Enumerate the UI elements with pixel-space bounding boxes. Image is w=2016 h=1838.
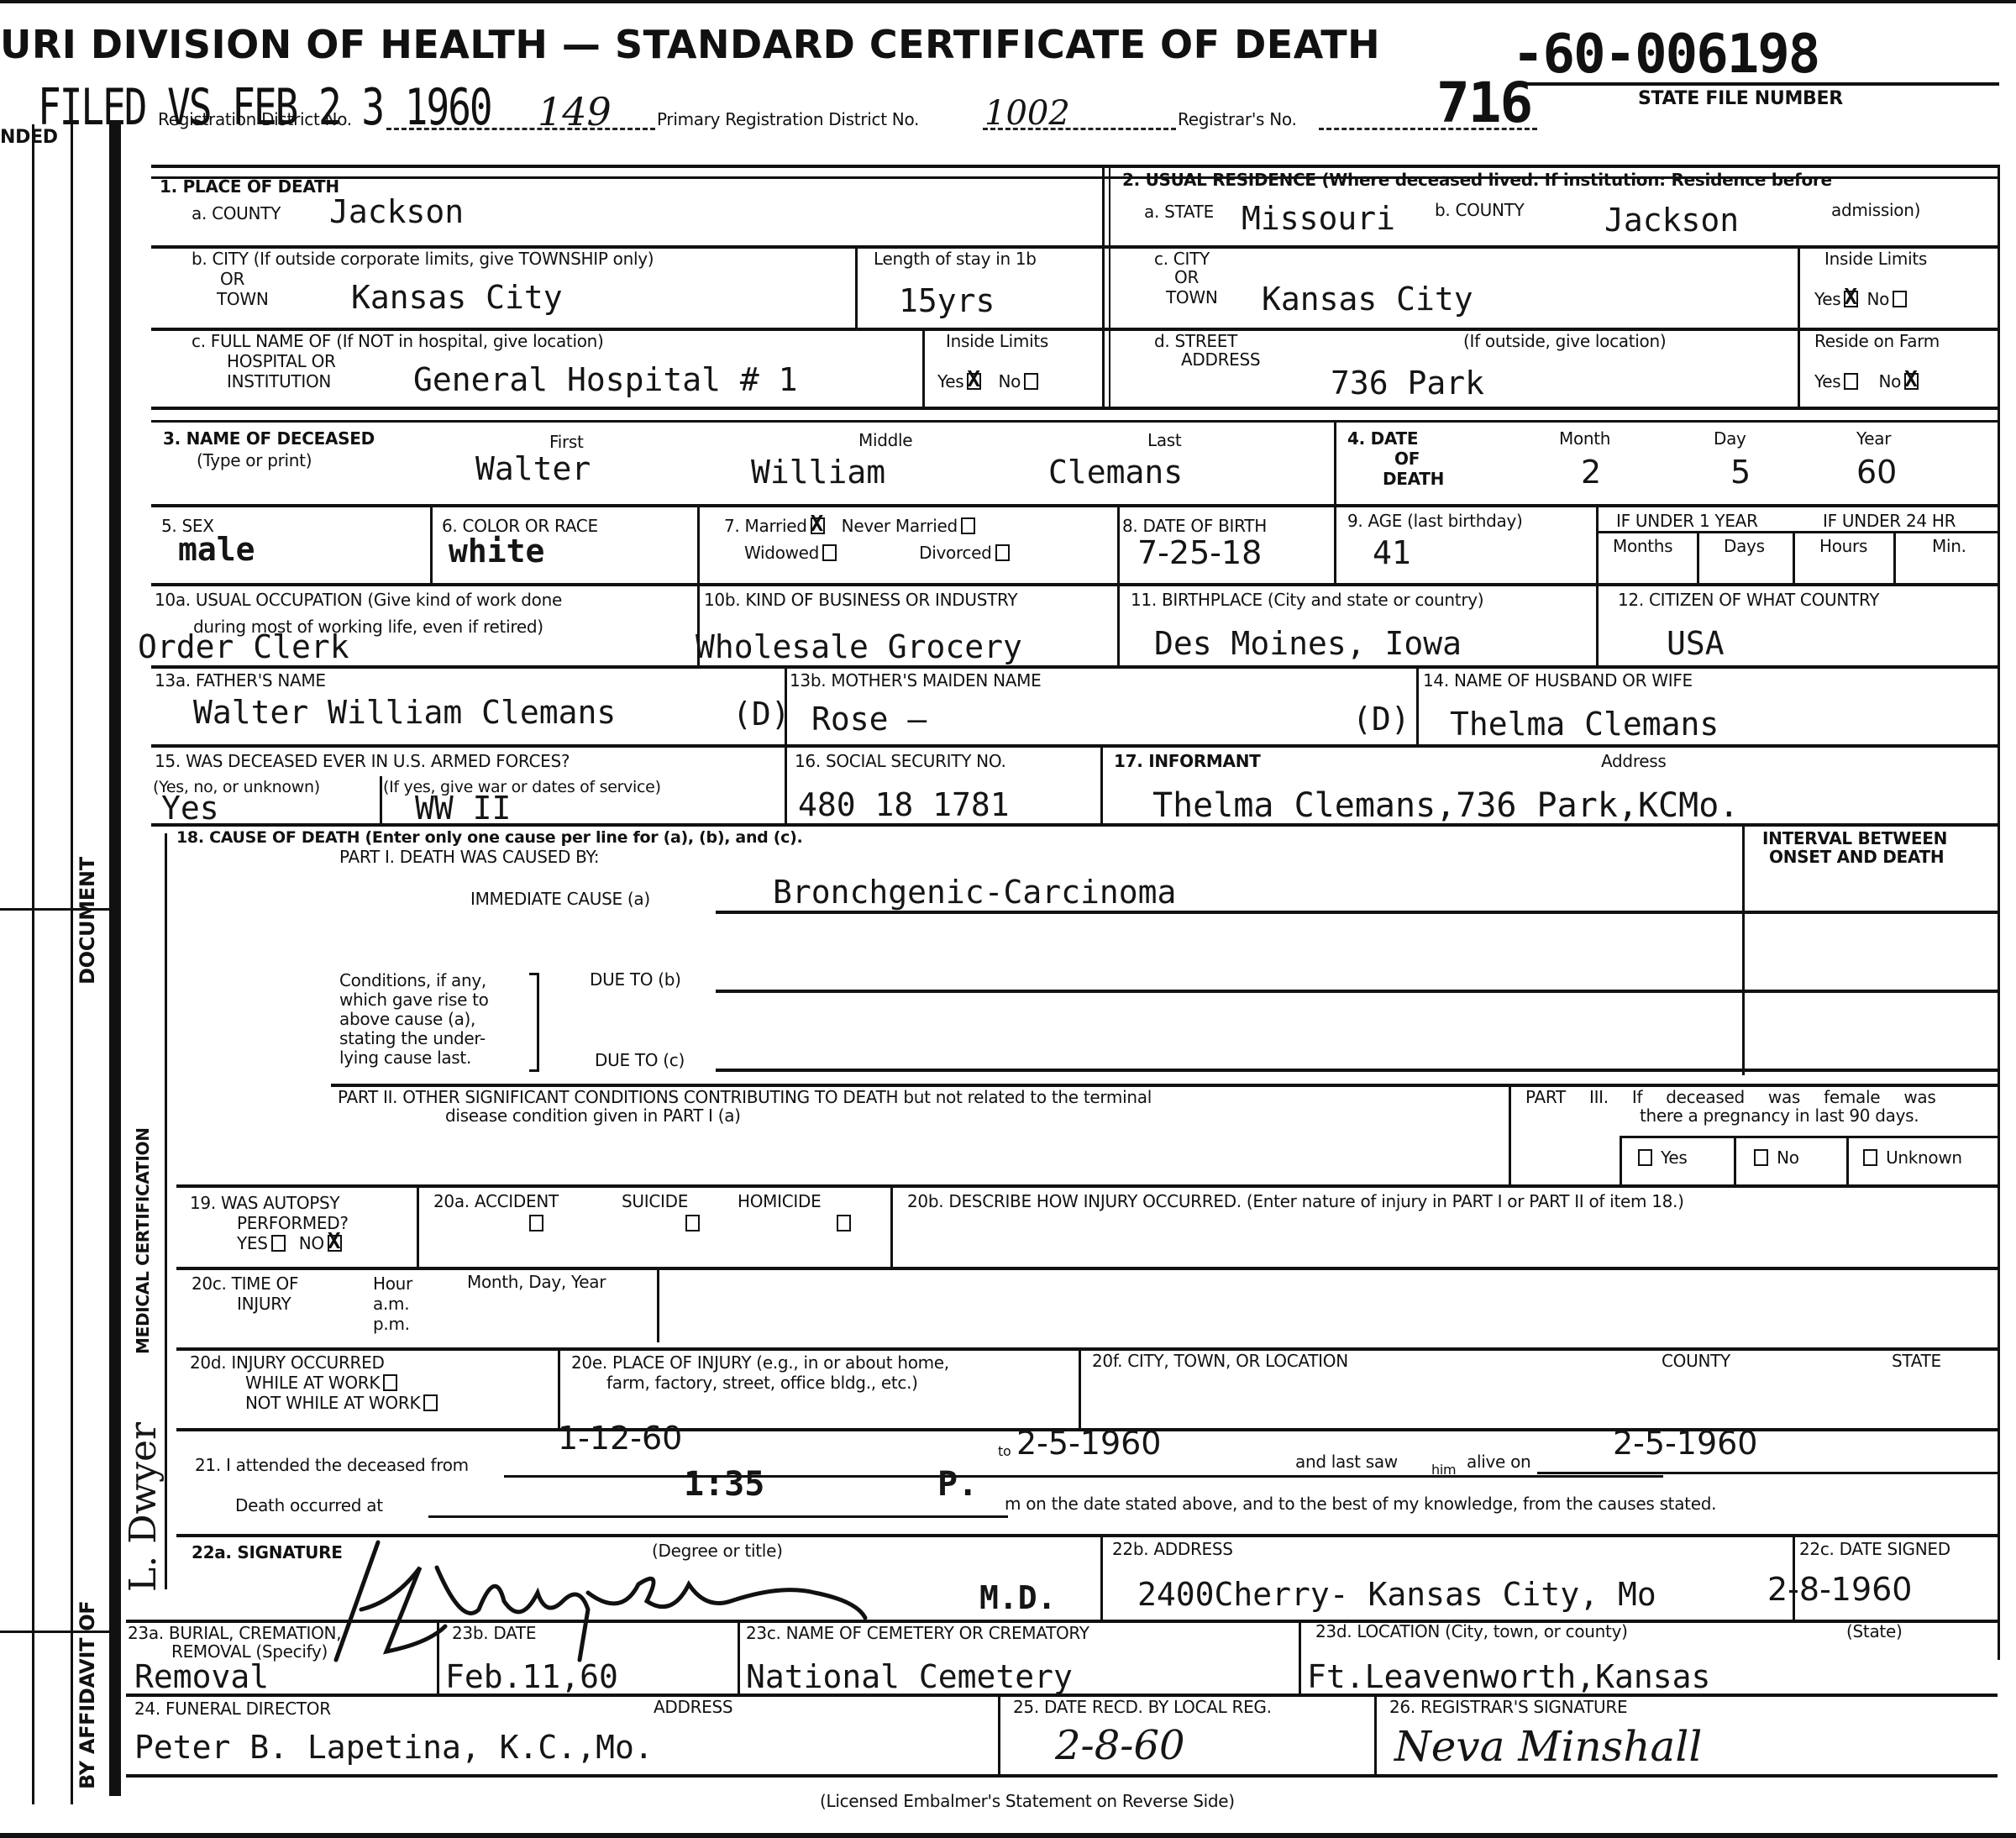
middle-name-label: Middle <box>858 432 912 449</box>
time-of-injury-label: 20c. TIME OF <box>192 1275 298 1293</box>
hospital-label-3: INSTITUTION <box>227 373 331 391</box>
hospital-label-2: HOSPITAL OR <box>227 353 336 370</box>
street-value[interactable]: 736 Park <box>1331 365 1484 402</box>
under-24-hr-label: IF UNDER 24 HR <box>1823 512 1956 530</box>
race-value[interactable]: white <box>449 533 544 570</box>
street-label-2: ADDRESS <box>1181 351 1260 369</box>
injury-state-label: STATE <box>1892 1352 1941 1370</box>
autopsy-label: 19. WAS AUTOPSY <box>190 1195 339 1212</box>
cell-divider <box>1117 583 1120 667</box>
cell-divider <box>1596 504 1599 585</box>
autopsy-options: YES NO <box>237 1235 345 1252</box>
cell-divider <box>1793 531 1795 585</box>
divorced-checkbox[interactable] <box>995 544 1010 561</box>
marital-row-2: Widowed Divorced <box>744 544 1013 562</box>
cause-of-death-label: 18. CAUSE OF DEATH (Enter only one cause… <box>176 830 802 847</box>
dob-label: 8. DATE OF BIRTH <box>1122 517 1267 535</box>
form-top-line <box>151 165 1999 168</box>
left-binding-bar <box>109 124 121 1796</box>
length-of-stay-value[interactable]: 15yrs <box>899 282 995 319</box>
primary-registration-district-value: 1002 <box>984 94 1070 133</box>
state-file-number: -60-006198 <box>1512 24 1819 86</box>
date-signed-value[interactable]: 2-8-1960 <box>1767 1571 1912 1608</box>
margin-line-1 <box>32 124 34 1804</box>
primary-registration-district-label: Primary Registration District No. <box>657 111 919 129</box>
death-ampm-value[interactable]: P. <box>937 1465 978 1504</box>
death-inside-limits-label: Inside Limits <box>946 333 1048 350</box>
degree-value[interactable]: M.D. <box>979 1579 1057 1616</box>
under-1-year-label: IF UNDER 1 YEAR <box>1616 512 1758 530</box>
never-married-label: Never Married <box>842 516 958 536</box>
physician-address-label: 22b. ADDRESS <box>1112 1541 1233 1558</box>
not-while-at-work-label: NOT WHILE AT WORK <box>245 1393 420 1413</box>
industry-label: 10b. KIND OF BUSINESS OR INDUSTRY <box>704 591 1017 609</box>
hospital-label: c. FULL NAME OF (If NOT in hospital, giv… <box>192 333 604 350</box>
medical-certification-margin-label: MEDICAL CERTIFICATION <box>134 1127 152 1354</box>
state-file-underline <box>1512 82 1999 86</box>
residence-state-label: a. STATE <box>1144 203 1214 221</box>
cell-divider <box>380 776 382 823</box>
date-of-death-label-3: DEATH <box>1383 470 1444 488</box>
sub-header-line <box>1596 531 1998 533</box>
death-statement: m on the date stated above, and to the b… <box>1005 1495 1716 1513</box>
autopsy-yes-label: YES <box>237 1233 268 1253</box>
no-label: No <box>998 371 1021 391</box>
mother-name-value[interactable]: Rose – <box>811 701 927 738</box>
occupation-value[interactable]: Order Clerk <box>138 628 349 665</box>
row-line <box>151 744 1998 748</box>
death-city-label: b. CITY (If outside corporate limits, gi… <box>192 250 654 268</box>
row-line <box>151 407 1998 410</box>
attended-line <box>504 1475 1663 1478</box>
part1-label: PART I. DEATH WAS CAUSED BY: <box>339 848 599 866</box>
immediate-cause-value[interactable]: Bronchgenic-Carcinoma <box>773 874 1176 911</box>
due-to-c-input-line[interactable] <box>716 1069 1998 1072</box>
months-label: Months <box>1613 538 1672 555</box>
age-label: 9. AGE (last birthday) <box>1347 512 1522 530</box>
divorced-label: Divorced <box>919 543 991 563</box>
death-city-town-label: TOWN <box>217 291 269 308</box>
cell-divider <box>1596 583 1599 667</box>
interval-column-divider <box>1742 823 1745 1075</box>
married-checkbox[interactable] <box>811 517 825 534</box>
reside-on-farm-yes-checkbox[interactable] <box>1844 373 1858 390</box>
min-label: Min. <box>1932 538 1966 555</box>
cell-divider <box>1374 1694 1377 1776</box>
conditions-note-line: Conditions, if any, <box>339 971 489 990</box>
interval-label-2: ONSET AND DEATH <box>1769 848 1944 866</box>
cell-divider <box>738 1620 740 1695</box>
informant-label: 17. INFORMANT <box>1114 753 1261 770</box>
state-file-number-label: STATE FILE NUMBER <box>1638 89 1843 108</box>
registrar-signature-value[interactable]: Neva Minshall <box>1394 1722 1702 1771</box>
father-deceased-mark: (D) <box>732 696 790 733</box>
year-label: Year <box>1856 430 1891 448</box>
death-county-label: a. COUNTY <box>192 205 281 223</box>
name-of-deceased-label: 3. NAME OF DECEASED <box>163 430 375 448</box>
registration-district-label: Registration District No. <box>158 111 352 129</box>
death-year-value[interactable]: 60 <box>1856 454 1897 491</box>
cell-divider <box>657 1267 659 1342</box>
funeral-director-label: 24. FUNERAL DIRECTOR <box>134 1700 331 1718</box>
yes-label: Yes <box>1814 289 1840 309</box>
cell-divider <box>1620 1136 1622 1184</box>
ssn-label: 16. SOCIAL SECURITY NO. <box>795 753 1006 770</box>
date-recd-value[interactable]: 2-8-60 <box>1055 1722 1185 1769</box>
document-margin-label: DOCUMENT <box>77 857 98 985</box>
cemetery-value[interactable]: National Cemetery <box>746 1658 1073 1695</box>
father-name-label: 13a. FATHER'S NAME <box>155 672 326 690</box>
informant-value[interactable]: Thelma Clemans,736 Park,KCMo. <box>1152 786 1739 825</box>
death-city-or-label: OR <box>220 270 244 288</box>
pregnancy-yes-checkbox[interactable] <box>1638 1149 1652 1166</box>
cell-divider <box>1100 744 1103 825</box>
conditions-note-line: which gave rise to <box>339 990 489 1010</box>
part2-label-2: disease condition given in PART I (a) <box>445 1107 741 1125</box>
disposition-date-value[interactable]: Feb.11,60 <box>445 1658 618 1695</box>
usual-residence-label: 2. USUAL RESIDENCE (Where deceased lived… <box>1122 171 1832 189</box>
part3-label-2: there a pregnancy in last 90 days. <box>1640 1107 1919 1125</box>
not-while-at-work-checkbox[interactable] <box>423 1394 438 1411</box>
father-name-value[interactable]: Walter William Clemans <box>193 694 616 731</box>
am-label: a.m. <box>373 1295 409 1313</box>
pregnancy-no-option: No <box>1751 1149 1799 1167</box>
residence-inside-limits-label: Inside Limits <box>1824 250 1927 268</box>
attended-label: 21. I attended the deceased from <box>195 1457 469 1474</box>
footer-note: (Licensed Embalmer's Statement on Revers… <box>820 1793 1235 1810</box>
conditions-note-line: above cause (a), <box>339 1010 489 1029</box>
death-inside-limits-no-checkbox[interactable] <box>1024 373 1038 390</box>
residence-inside-limits-options: Yes No <box>1814 291 1910 308</box>
part2-label: PART II. OTHER SIGNIFICANT CONDITIONS CO… <box>338 1089 1152 1106</box>
residence-county-value[interactable]: Jackson <box>1604 202 1739 239</box>
cell-divider <box>1893 531 1896 585</box>
unknown-label: Unknown <box>1886 1147 1962 1168</box>
by-affidavit-margin-label: BY AFFIDAVIT OF <box>77 1601 98 1789</box>
days-label: Days <box>1724 538 1765 555</box>
alive-on-line <box>1537 1472 1998 1474</box>
row-line <box>151 665 1998 669</box>
part3-label: PART III. If deceased was female was <box>1525 1089 1935 1106</box>
while-at-work-option: WHILE AT WORK <box>245 1374 401 1392</box>
hospital-value[interactable]: General Hospital # 1 <box>413 361 798 398</box>
cell-divider <box>785 744 787 825</box>
residence-city-or-label: OR <box>1174 269 1199 286</box>
funeral-director-value[interactable]: Peter B. Lapetina, K.C.,Mo. <box>134 1729 654 1766</box>
cell-divider <box>1416 665 1419 746</box>
cell-divider <box>1846 1136 1849 1184</box>
cell-divider <box>1334 504 1336 585</box>
hour-label: Hour <box>373 1275 412 1293</box>
no-label: No <box>1866 289 1889 309</box>
birthplace-label: 11. BIRTHPLACE (City and state or countr… <box>1131 591 1483 609</box>
industry-value[interactable]: Wholesale Grocery <box>696 628 1022 665</box>
yes-label: Yes <box>1814 371 1840 391</box>
residence-state-value[interactable]: Missouri <box>1242 200 1395 237</box>
last-saw-pronoun: him <box>1431 1463 1456 1478</box>
row-line <box>176 1267 1998 1270</box>
marital-label: 7. <box>724 516 739 536</box>
registrars-no-value: 716 <box>1436 71 1531 135</box>
never-married-checkbox[interactable] <box>961 517 975 534</box>
death-time-value[interactable]: 1:35 <box>684 1465 764 1504</box>
death-month-value[interactable]: 2 <box>1581 454 1601 491</box>
cell-divider <box>697 504 700 585</box>
amended-label-fragment: NDED <box>0 128 58 147</box>
while-at-work-checkbox[interactable] <box>383 1374 397 1391</box>
residence-city-value[interactable]: Kansas City <box>1262 281 1473 318</box>
physician-signature <box>311 1534 916 1668</box>
month-label: Month <box>1559 430 1610 448</box>
homicide-label: HOMICIDE <box>738 1193 821 1210</box>
citizen-value[interactable]: USA <box>1667 625 1725 662</box>
autopsy-no-label: NO <box>299 1233 324 1253</box>
sex-value[interactable]: male <box>178 531 255 568</box>
interval-label: INTERVAL BETWEEN <box>1762 830 1947 848</box>
alive-on-label: alive on <box>1467 1453 1530 1471</box>
place-of-death-label: 1. PLACE OF DEATH <box>160 178 339 196</box>
form-right-border <box>1998 165 2000 1660</box>
cell-divider <box>1100 1534 1103 1621</box>
day-label: Day <box>1714 430 1746 448</box>
residence-city-label: c. CITY <box>1154 250 1210 268</box>
death-city-value[interactable]: Kansas City <box>351 279 563 316</box>
spouse-name-value[interactable]: Thelma Clemans <box>1450 706 1719 743</box>
attended-from-value[interactable]: 1-12-60 <box>558 1420 682 1457</box>
age-value[interactable]: 41 <box>1373 534 1411 571</box>
suicide-label: SUICIDE <box>622 1193 688 1210</box>
cell-divider <box>437 1620 439 1695</box>
married-label: Married <box>745 516 807 536</box>
residence-city-town-label: TOWN <box>1166 289 1218 307</box>
row-line <box>151 823 1998 827</box>
cemetery-label: 23c. NAME OF CEMETERY OR CREMATORY <box>746 1625 1089 1642</box>
medical-cert-bracket <box>165 833 167 1589</box>
describe-injury-label: 20b. DESCRIBE HOW INJURY OCCURRED. (Ente… <box>907 1193 1684 1210</box>
death-inside-limits-yes-checkbox[interactable] <box>967 373 981 390</box>
residence-inside-limits-yes-checkbox[interactable] <box>1844 291 1858 307</box>
funeral-address-label: ADDRESS <box>654 1699 732 1716</box>
mother-deceased-mark: (D) <box>1352 701 1410 738</box>
occupation-label: 10a. USUAL OCCUPATION (Give kind of work… <box>155 591 562 609</box>
death-day-value[interactable]: 5 <box>1730 454 1751 491</box>
residence-inside-limits-no-checkbox[interactable] <box>1893 291 1907 307</box>
immediate-cause-line <box>716 911 1998 914</box>
cell-divider <box>890 1184 893 1268</box>
death-occurred-line <box>428 1515 1008 1518</box>
street-hint-label: (If outside, give location) <box>1270 333 1666 350</box>
affidavit-name: L. Dwyer <box>122 1422 165 1592</box>
cell-divider <box>1299 1620 1301 1695</box>
row-line <box>176 1184 1998 1188</box>
registration-district-line <box>386 128 655 130</box>
last-name-label: Last <box>1147 432 1181 449</box>
disposition-date-label: 23b. DATE <box>452 1625 536 1642</box>
widowed-label: Widowed <box>744 543 819 563</box>
location-label: 23d. LOCATION (City, town, or county) <box>1315 1623 1628 1641</box>
residence-county-label: b. COUNTY <box>1435 202 1524 219</box>
accident-label: 20a. ACCIDENT <box>433 1193 559 1210</box>
date-of-death-label: 4. DATE <box>1347 430 1418 448</box>
cell-divider <box>1117 504 1120 585</box>
attended-to-value[interactable]: 2-5-1960 <box>1016 1425 1161 1462</box>
yes-label: Yes <box>937 371 963 391</box>
autopsy-no-checkbox[interactable] <box>328 1235 342 1252</box>
cell-divider <box>1798 245 1800 408</box>
street-label: d. STREET <box>1154 333 1237 350</box>
name-sublabel: (Type or print) <box>197 452 312 470</box>
informant-address-label: Address <box>1601 753 1667 770</box>
last-saw-date-value[interactable]: 2-5-1960 <box>1613 1425 1757 1462</box>
citizen-label: 12. CITIZEN OF WHAT COUNTRY <box>1618 591 1879 609</box>
reside-on-farm-no-checkbox[interactable] <box>1904 373 1919 390</box>
margin-line-2 <box>71 124 73 1804</box>
cell-divider <box>1079 1347 1081 1431</box>
cell-divider <box>417 1184 419 1268</box>
month-day-year-label: Month, Day, Year <box>467 1273 606 1291</box>
conditions-note-line: stating the under- <box>339 1029 489 1048</box>
cell-divider <box>1697 531 1699 585</box>
injury-county-label: COUNTY <box>1662 1352 1730 1370</box>
conditions-note-line: lying cause last. <box>339 1048 489 1068</box>
sec1-sec2-divider-2 <box>1109 165 1110 408</box>
cell-divider <box>855 245 858 329</box>
reside-on-farm-options: Yes No <box>1814 373 1922 391</box>
ssn-value[interactable]: 480 18 1781 <box>798 786 1010 823</box>
conditions-note: Conditions, if any, which gave rise to a… <box>339 971 489 1068</box>
part3-divider <box>1509 1084 1511 1184</box>
date-of-death-label-2: OF <box>1394 450 1420 468</box>
widowed-checkbox[interactable] <box>822 544 837 561</box>
no-label: No <box>1777 1147 1799 1168</box>
pregnancy-unknown-checkbox[interactable] <box>1863 1149 1877 1166</box>
armed-forces-label: 15. WAS DECEASED EVER IN U.S. ARMED FORC… <box>155 753 570 770</box>
first-name-label: First <box>549 433 584 451</box>
pregnancy-box-top <box>1620 1136 1998 1138</box>
last-saw-label: and last saw <box>1295 1453 1398 1471</box>
row-line <box>151 420 1998 423</box>
place-of-injury-label-2: farm, factory, street, office bldg., etc… <box>606 1374 918 1392</box>
death-inside-limits-options: Yes No <box>937 373 1042 391</box>
marital-row-1: 7. Married Never Married <box>724 517 979 535</box>
burial-label: 23a. BURIAL, CREMATION, <box>128 1625 341 1642</box>
top-border <box>0 0 2016 3</box>
pm-label: p.m. <box>373 1315 410 1333</box>
mother-name-label: 13b. MOTHER'S MAIDEN NAME <box>790 672 1041 690</box>
due-to-b-label: DUE TO (b) <box>590 971 681 989</box>
middle-name-value[interactable]: William <box>751 454 885 491</box>
spouse-name-label: 14. NAME OF HUSBAND OR WIFE <box>1423 672 1693 690</box>
injury-at-work-label: 20d. INJURY OCCURRED <box>190 1354 385 1372</box>
last-name-value[interactable]: Clemans <box>1048 454 1183 491</box>
burial-value[interactable]: Removal <box>134 1658 269 1695</box>
accident-checkbox[interactable] <box>529 1215 543 1231</box>
due-to-b-input-line[interactable] <box>716 990 1998 993</box>
suicide-checkbox[interactable] <box>685 1215 700 1231</box>
injury-city-label: 20f. CITY, TOWN, OR LOCATION <box>1092 1352 1348 1370</box>
length-of-stay-label: Length of stay in 1b <box>874 250 1037 268</box>
immediate-cause-label: IMMEDIATE CAUSE (a) <box>254 890 650 908</box>
row-line <box>126 1774 1998 1778</box>
location-value[interactable]: Ft.Leavenworth,Kansas <box>1307 1658 1710 1695</box>
death-county-value[interactable]: Jackson <box>329 193 464 230</box>
certificate-title: URI DIVISION OF HEALTH — STANDARD CERTIF… <box>0 22 1380 67</box>
physician-address-value[interactable]: 2400Cherry- Kansas City, Mo <box>1137 1576 1656 1613</box>
cell-divider <box>785 665 787 746</box>
pregnancy-unknown-option: Unknown <box>1860 1149 1962 1167</box>
yes-label: Yes <box>1661 1147 1687 1168</box>
cell-divider <box>998 1694 1000 1776</box>
not-while-at-work-option: NOT WHILE AT WORK <box>245 1394 441 1412</box>
cell-divider <box>1334 420 1336 504</box>
hours-label: Hours <box>1819 538 1867 555</box>
registrars-no-label: Registrar's No. <box>1178 111 1297 129</box>
birthplace-value[interactable]: Des Moines, Iowa <box>1154 625 1462 662</box>
armed-forces-value[interactable]: Yes <box>161 790 219 827</box>
autopsy-yes-checkbox[interactable] <box>271 1235 286 1252</box>
dob-value[interactable]: 7-25-18 <box>1137 534 1262 571</box>
conditions-bracket <box>529 973 539 1072</box>
cell-divider <box>922 328 925 408</box>
no-label: No <box>1878 371 1901 391</box>
while-at-work-label: WHILE AT WORK <box>245 1373 380 1393</box>
place-of-injury-label: 20e. PLACE OF INJURY (e.g., in or about … <box>571 1354 949 1372</box>
death-occurred-label: Death occurred at <box>235 1497 383 1515</box>
pregnancy-no-checkbox[interactable] <box>1754 1149 1768 1166</box>
row-line <box>151 583 1998 586</box>
row-line <box>151 504 1998 507</box>
cell-divider <box>1734 1136 1736 1184</box>
registration-district-value: 149 <box>538 89 612 134</box>
reside-on-farm-label: Reside on Farm <box>1814 333 1940 350</box>
location-state-label: (State) <box>1846 1623 1902 1641</box>
registrar-signature-label: 26. REGISTRAR'S SIGNATURE <box>1389 1699 1627 1716</box>
due-to-c-label: DUE TO (c) <box>595 1052 685 1069</box>
pregnancy-yes-option: Yes <box>1635 1149 1687 1167</box>
cell-divider <box>558 1347 560 1431</box>
date-signed-label: 22c. DATE SIGNED <box>1799 1541 1950 1558</box>
bottom-border <box>0 1833 2016 1838</box>
first-name-value[interactable]: Walter <box>475 450 591 487</box>
usual-residence-label-2: admission) <box>1831 202 1920 219</box>
sec1-sec2-divider <box>1102 165 1105 408</box>
to-label: to <box>998 1445 1011 1459</box>
homicide-checkbox[interactable] <box>837 1215 851 1231</box>
date-recd-label: 25. DATE RECD. BY LOCAL REG. <box>1013 1699 1272 1716</box>
time-of-injury-label-2: INJURY <box>237 1295 291 1313</box>
cell-divider <box>430 504 433 585</box>
armed-forces-war-value[interactable]: WW II <box>415 790 511 827</box>
